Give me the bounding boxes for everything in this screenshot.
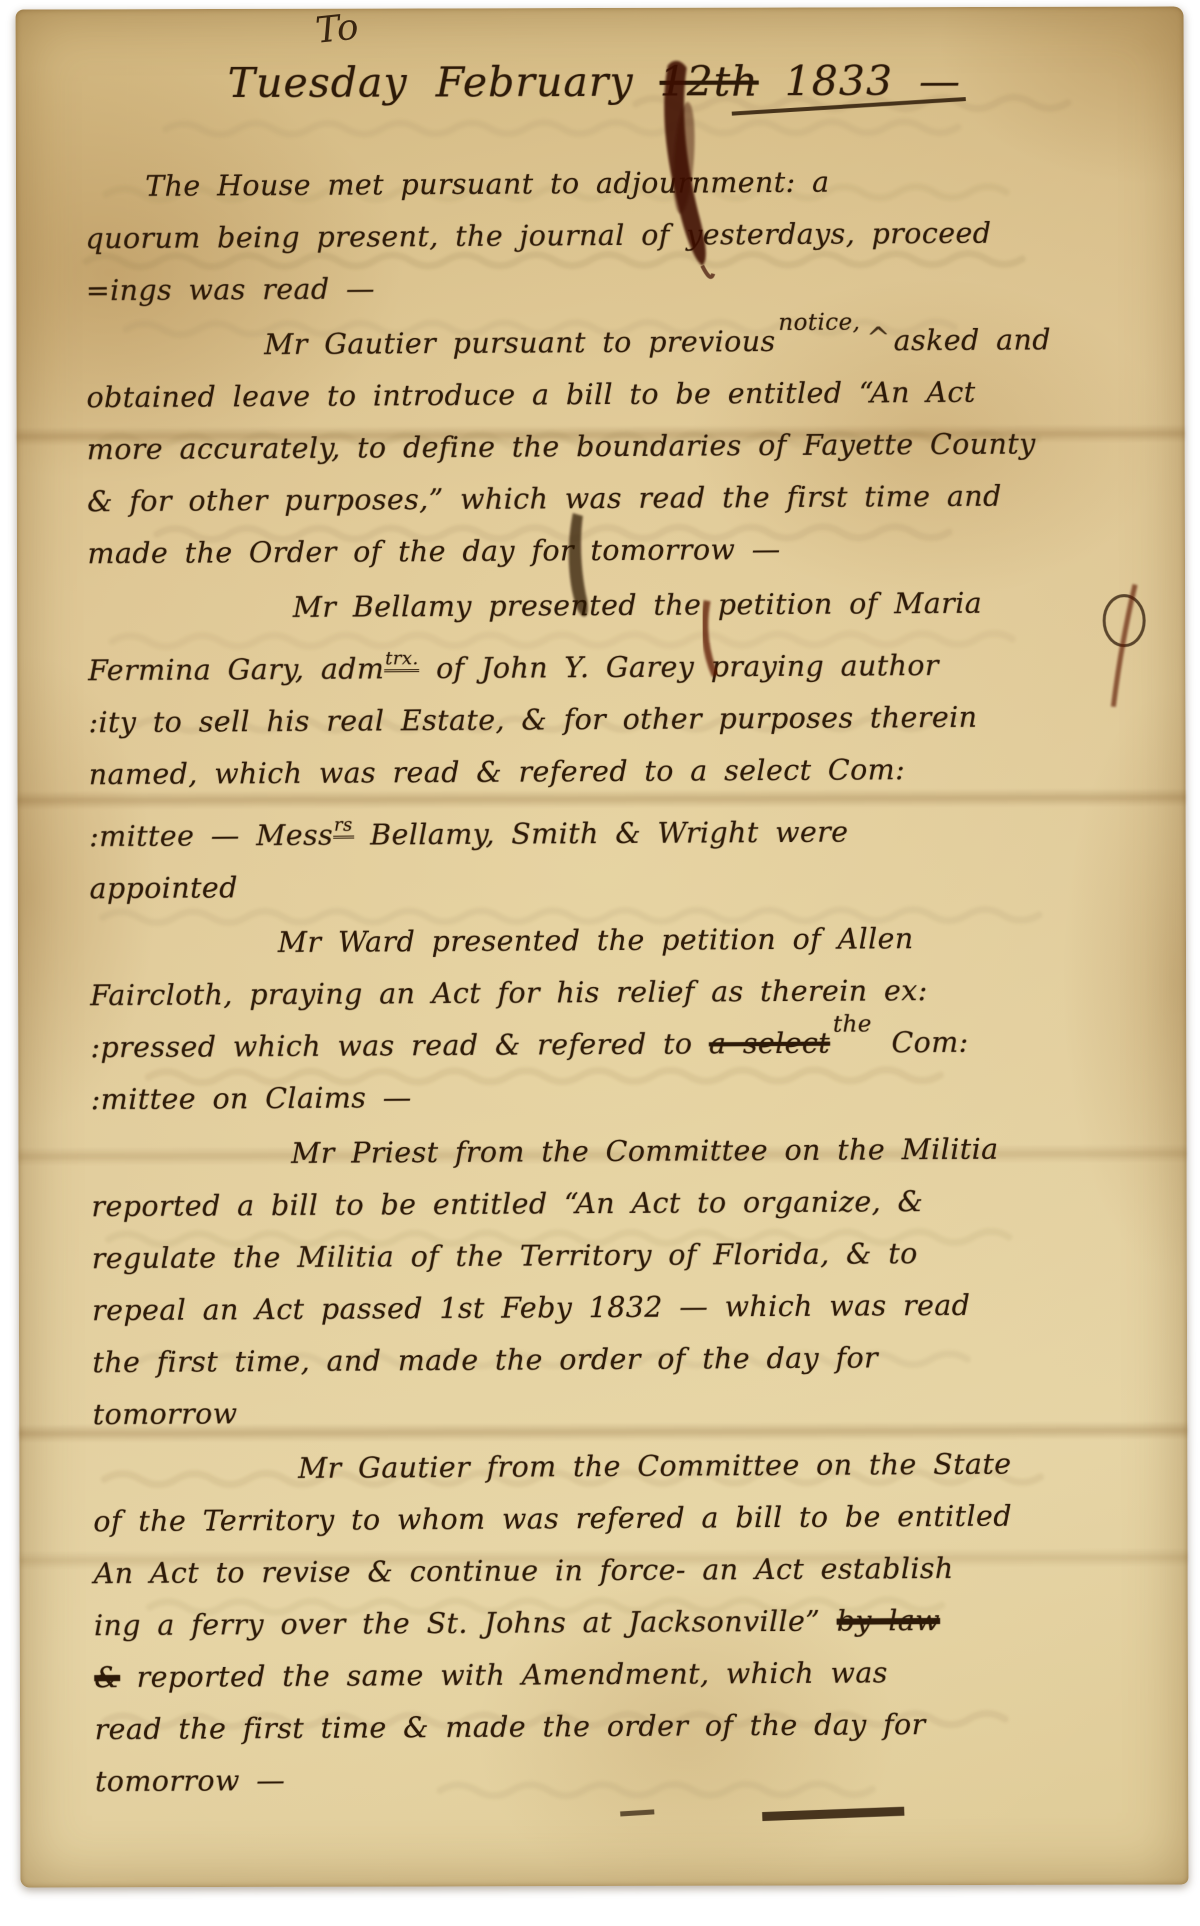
manuscript-line: :mittee on Claims — bbox=[91, 1068, 1143, 1126]
pen-trial-flourish: To bbox=[314, 7, 361, 52]
manuscript-line: Mr Bellamy presented the petition of Mar… bbox=[293, 577, 1140, 634]
journal-paragraph: Mr Priest from the Committee on the Mili… bbox=[91, 1123, 1145, 1441]
scan-backdrop: { "colors": { "background": "#ffffff", "… bbox=[0, 0, 1200, 1926]
manuscript-line: reported a bill to be entitled “An Act t… bbox=[91, 1175, 1143, 1233]
insertion-caret: ^ bbox=[866, 321, 890, 354]
manuscript-line: obtained leave to introduce a bill to be… bbox=[86, 366, 1138, 424]
manuscript-line: The House met pursuant to adjournment: a bbox=[145, 155, 1137, 213]
heading-day-month: Tuesday February bbox=[228, 58, 634, 107]
line-text: of John Y. Garey praying author bbox=[436, 649, 939, 685]
line-text: Mr Gautier pursuant to previous bbox=[264, 325, 776, 361]
line-text: asked and bbox=[894, 323, 1051, 357]
manuscript-line: quorum being present, the journal of yes… bbox=[85, 207, 1137, 265]
struck-text: & bbox=[94, 1661, 120, 1694]
manuscript-line: Mr Gautier pursuant to previousnotice,^a… bbox=[264, 314, 1138, 371]
manuscript-body: The House met pursuant to adjournment: a… bbox=[85, 155, 1147, 1811]
manuscript-line: appointed bbox=[89, 857, 1141, 915]
manuscript-line: the first time, and made the order of th… bbox=[92, 1331, 1144, 1389]
heading-year: 1833 bbox=[785, 57, 893, 105]
struck-text: a select bbox=[709, 1027, 830, 1061]
manuscript-line: ing a ferry over the St. Johns at Jackso… bbox=[94, 1594, 1146, 1652]
manuscript-line: Mr Ward presented the petition of Allen bbox=[278, 912, 1142, 969]
manuscript-line: Mr Gautier from the Committee on the Sta… bbox=[298, 1438, 1145, 1495]
manuscript-line: tomorrow bbox=[93, 1383, 1145, 1441]
manuscript-line: read the first time & made the order of … bbox=[94, 1698, 1146, 1756]
journal-paragraph: Mr Ward presented the petition of Allen … bbox=[90, 912, 1143, 1126]
manuscript-line: :pressed which was read & refered to a s… bbox=[90, 1016, 1142, 1074]
manuscript-line: more accurately, to define the boundarie… bbox=[87, 418, 1139, 476]
journal-paragraph: Mr Bellamy presented the petition of Mar… bbox=[88, 577, 1142, 915]
line-text: Bellamy, Smith & Wright were bbox=[370, 816, 848, 852]
inserted-word: notice, bbox=[778, 309, 860, 335]
manuscript-line: & for other purposes,” which was read th… bbox=[87, 470, 1139, 528]
manuscript-line: =ings was read — bbox=[86, 259, 1138, 317]
manuscript-line: :mittee — Messrs Bellamy, Smith & Wright… bbox=[89, 795, 1141, 863]
manuscript-page: To Tuesday February12th1833— The House m… bbox=[16, 6, 1189, 1887]
manuscript-line: & reported the same with Amendment, whic… bbox=[94, 1646, 1146, 1704]
journal-paragraph: Mr Gautier from the Committee on the Sta… bbox=[93, 1438, 1147, 1808]
manuscript-line: regulate the Militia of the Territory of… bbox=[92, 1227, 1144, 1285]
journal-paragraph: The House met pursuant to adjournment: a… bbox=[85, 155, 1138, 317]
struck-day-number: 12th bbox=[660, 58, 759, 106]
heading-dash: — bbox=[919, 57, 961, 105]
manuscript-line: tomorrow — bbox=[95, 1750, 1147, 1808]
line-text: ing a ferry over the St. Johns at Jackso… bbox=[94, 1605, 820, 1642]
line-text: reported the same with Amendment, which … bbox=[136, 1656, 887, 1694]
struck-text: by law bbox=[837, 1604, 941, 1638]
date-heading: Tuesday February12th1833— bbox=[228, 57, 987, 107]
manuscript-line: Fermina Gary, admtrx. of John Y. Garey p… bbox=[88, 629, 1140, 697]
manuscript-line: Faircloth, praying an Act for his relief… bbox=[90, 964, 1142, 1022]
superscript-abbreviation: trx. bbox=[384, 648, 419, 672]
manuscript-line: made the Order of the day for tomorrow — bbox=[87, 522, 1139, 580]
line-text: :pressed which was read & refered to bbox=[90, 1027, 692, 1064]
manuscript-line: Mr Priest from the Committee on the Mili… bbox=[291, 1123, 1143, 1180]
manuscript-line: :ity to sell his real Estate, & for othe… bbox=[88, 691, 1140, 749]
inserted-word: the bbox=[833, 1011, 872, 1037]
manuscript-line: An Act to revise & continue in force- an… bbox=[94, 1542, 1146, 1600]
superscript-abbreviation: rs bbox=[333, 815, 354, 839]
line-text: :mittee — Mess bbox=[89, 819, 333, 853]
manuscript-line: repeal an Act passed 1st Feby 1832 — whi… bbox=[92, 1279, 1144, 1337]
line-text: Fermina Gary, adm bbox=[88, 652, 384, 687]
manuscript-line: of the Territory to whom was refered a b… bbox=[93, 1490, 1145, 1548]
line-text: Com: bbox=[891, 1026, 968, 1059]
journal-paragraph: Mr Gautier pursuant to previousnotice,^a… bbox=[86, 314, 1140, 580]
manuscript-line: named, which was read & refered to a sel… bbox=[89, 743, 1141, 801]
